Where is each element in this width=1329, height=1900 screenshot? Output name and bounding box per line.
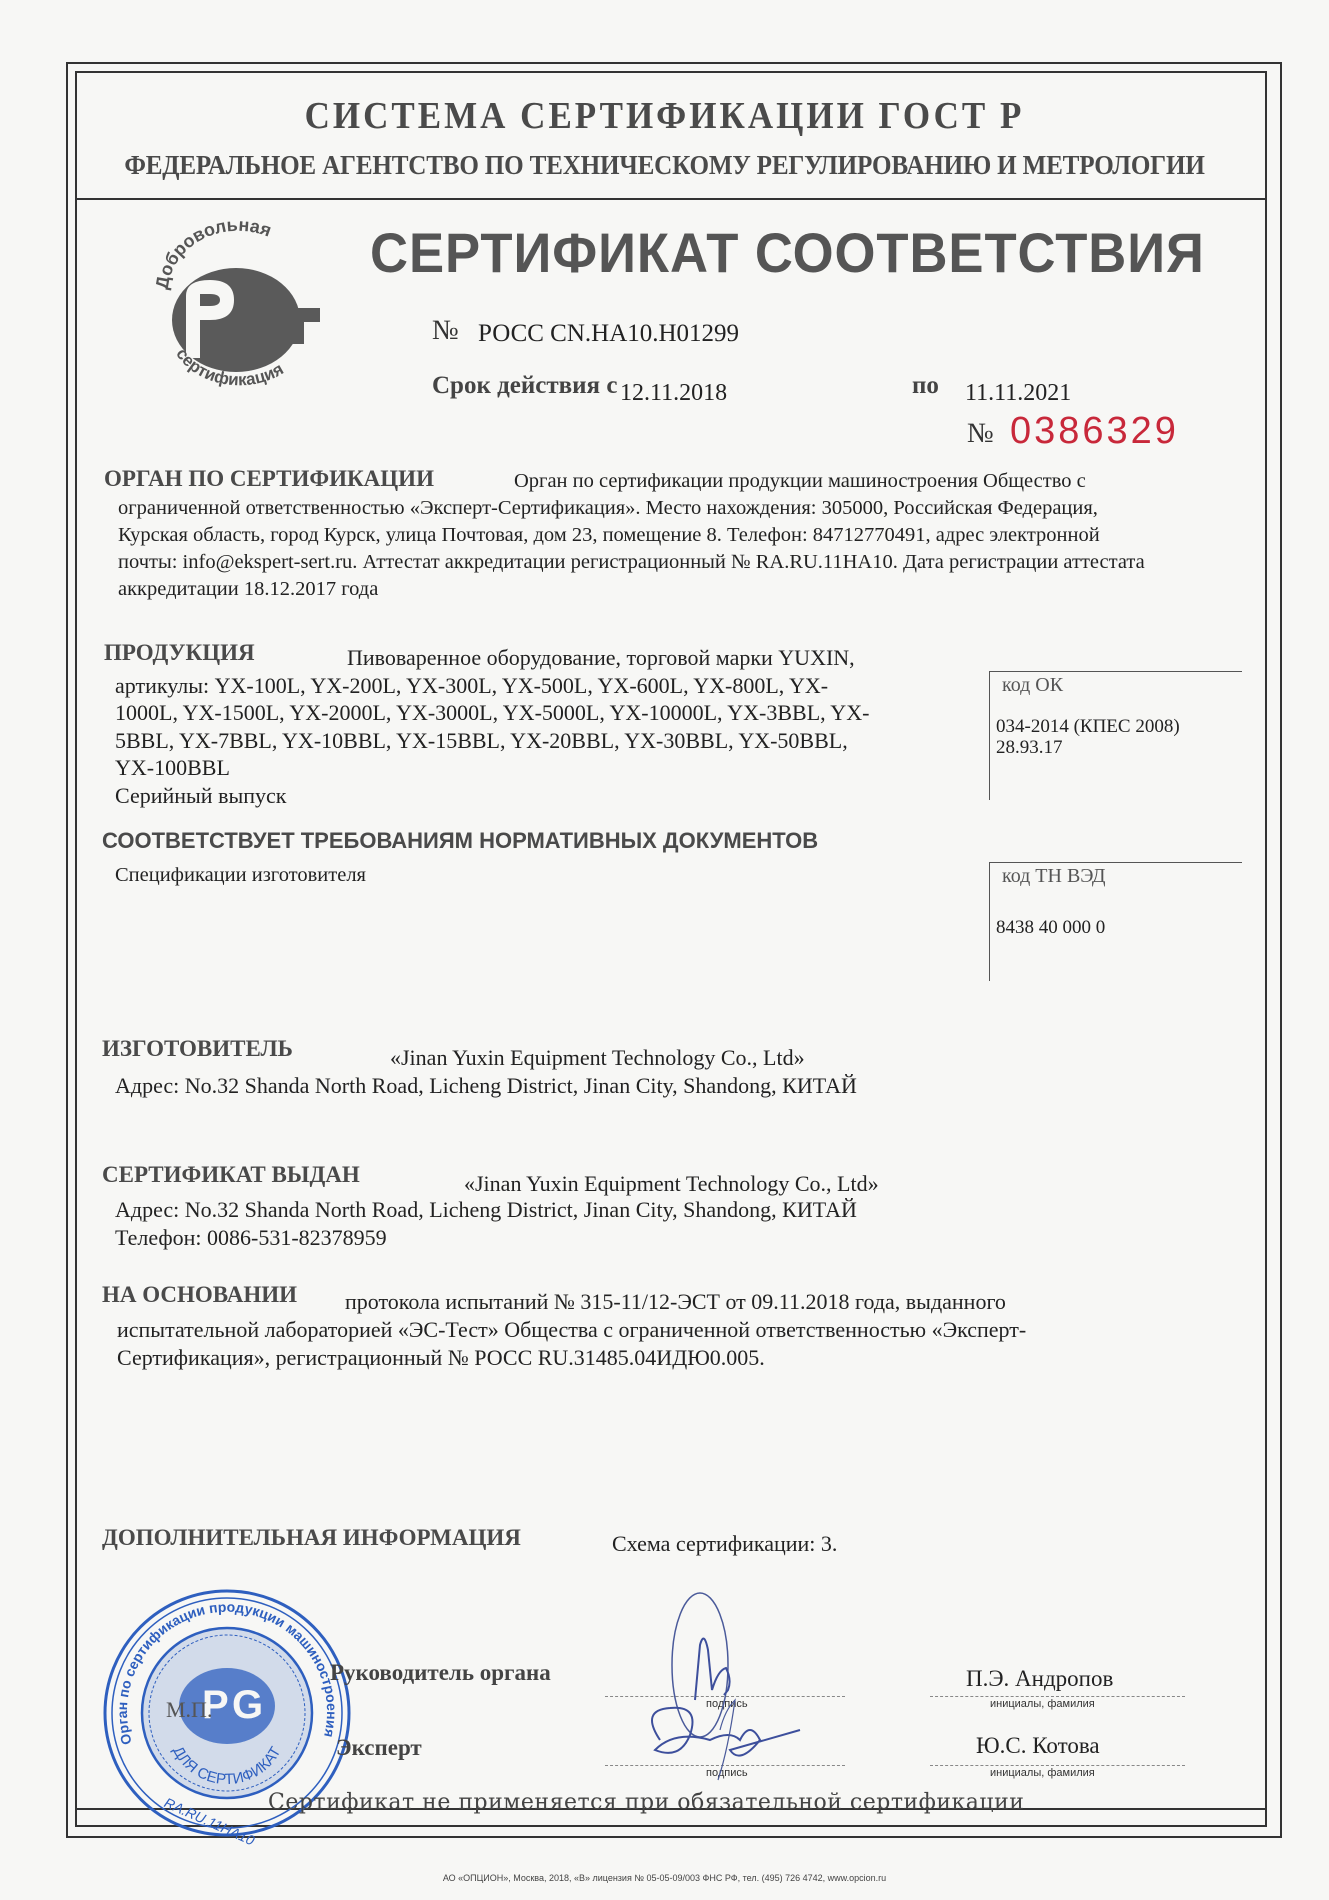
additional-info-heading: ДОПОЛНИТЕЛЬНАЯ ИНФОРМАЦИЯ — [102, 1525, 521, 1551]
system-title: СИСТЕМА СЕРТИФИКАЦИИ ГОСТ Р — [0, 94, 1329, 137]
validity-label: Срок действия с — [432, 372, 617, 400]
ok-code-label: код ОК — [1002, 674, 1063, 697]
issued-to-address: Адрес: No.32 Shanda North Road, Licheng … — [115, 1196, 857, 1223]
products-text: Пивоваренное оборудование, торговой марк… — [115, 644, 869, 809]
tn-ved-value: 8438 40 000 0 — [996, 917, 1105, 938]
printer-note: АО «ОПЦИОН», Москва, 2018, «В» лицензия … — [0, 1873, 1329, 1883]
cb-line: почты: info@ekspert-sert.ru. Аттестат ак… — [118, 549, 1238, 576]
valid-to-label: по — [912, 372, 939, 400]
basis-line: протокола испытаний № 315-11/12-ЭСТ от 0… — [117, 1288, 1026, 1316]
rst-logo-icon: Добровольная сертификация — [148, 218, 328, 398]
header-divider — [75, 198, 1267, 200]
manufacturer-name: «Jinan Yuxin Equipment Technology Co., L… — [390, 1044, 805, 1071]
serial-number-sign: № — [967, 418, 994, 450]
basis-line: Сертификация», регистрационный № РОСС RU… — [117, 1344, 1026, 1372]
head-name-caption: инициалы, фамилия — [990, 1698, 1095, 1710]
product-line: Серийный выпуск — [115, 782, 869, 810]
expert-name-caption: инициалы, фамилия — [990, 1767, 1095, 1779]
handwritten-signatures-icon — [600, 1590, 860, 1790]
cb-line: ограниченной ответственностью «Эксперт-С… — [118, 495, 1238, 522]
issued-to-heading: СЕРТИФИКАТ ВЫДАН — [102, 1162, 360, 1188]
product-line: YX-100BBL — [115, 754, 869, 782]
certificate-title: СЕРТИФИКАТ СООТВЕТСТВИЯ — [370, 220, 1205, 285]
issued-to-name: «Jinan Yuxin Equipment Technology Co., L… — [464, 1170, 879, 1197]
basis-text: протокола испытаний № 315-11/12-ЭСТ от 0… — [117, 1288, 1026, 1372]
svg-text:G: G — [232, 1683, 263, 1727]
basis-line: испытательной лабораторией «ЭС-Тест» Общ… — [117, 1316, 1026, 1344]
conformity-text: Спецификации изготовителя — [115, 862, 366, 889]
ok-code-value-2: 28.93.17 — [996, 737, 1063, 758]
manufacturer-heading: ИЗГОТОВИТЕЛЬ — [102, 1036, 293, 1062]
stamp-reg-text: RA.RU.11НА10 — [162, 1794, 257, 1848]
registration-number: РОСС CN.НА10.Н01299 — [478, 320, 739, 348]
head-name: П.Э. Андропов — [966, 1666, 1113, 1692]
serial-number: 0386329 — [1010, 410, 1179, 453]
ok-code-value-1: 034-2014 (КПЕС 2008) — [996, 716, 1180, 737]
certification-body-text: Орган по сертификации продукции машиност… — [118, 468, 1238, 603]
product-line: Пивоваренное оборудование, торговой марк… — [115, 644, 869, 672]
ok-code-box: код ОК 034-2014 (КПЕС 2008) 28.93.17 — [989, 671, 1242, 800]
cb-line: Орган по сертификации продукции машиност… — [118, 468, 1238, 495]
product-line: артикулы: YX-100L, YX-200L, YX-300L, YX-… — [115, 672, 869, 700]
valid-to-date: 11.11.2021 — [965, 380, 1071, 407]
number-sign: № — [432, 315, 459, 347]
conformity-heading: СООТВЕТСТВУЕТ ТРЕБОВАНИЯМ НОРМАТИВНЫХ ДО… — [102, 828, 818, 854]
mp-label: М.П. — [166, 1697, 212, 1723]
valid-from-date: 12.11.2018 — [620, 380, 727, 407]
manufacturer-address: Адрес: No.32 Shanda North Road, Licheng … — [115, 1072, 857, 1099]
head-name-line — [930, 1696, 1185, 1697]
additional-info-text: Схема сертификации: 3. — [612, 1530, 837, 1557]
head-role-label: Руководитель органа — [330, 1660, 551, 1686]
agency-title: ФЕДЕРАЛЬНОЕ АГЕНТСТВО ПО ТЕХНИЧЕСКОМУ РЕ… — [47, 150, 1283, 181]
expert-role-label: Эксперт — [336, 1735, 422, 1761]
tn-ved-label: код ТН ВЭД — [1002, 865, 1105, 888]
cb-line: Курская область, город Курск, улица Почт… — [118, 522, 1238, 549]
tn-ved-box: код ТН ВЭД 8438 40 000 0 — [989, 862, 1242, 981]
product-line: 5BBL, YX-7BBL, YX-10BBL, YX-15BBL, YX-20… — [115, 727, 869, 755]
expert-name: Ю.С. Котова — [976, 1733, 1100, 1759]
disclaimer: Сертификат не применяется при обязательн… — [268, 1790, 1024, 1815]
issued-to-phone: Телефон: 0086-531-82378959 — [115, 1224, 387, 1251]
expert-name-line — [930, 1765, 1185, 1766]
product-line: 1000L, YX-1500L, YX-2000L, YX-3000L, YX-… — [115, 699, 869, 727]
cb-line: аккредитации 18.12.2017 года — [118, 576, 1238, 603]
